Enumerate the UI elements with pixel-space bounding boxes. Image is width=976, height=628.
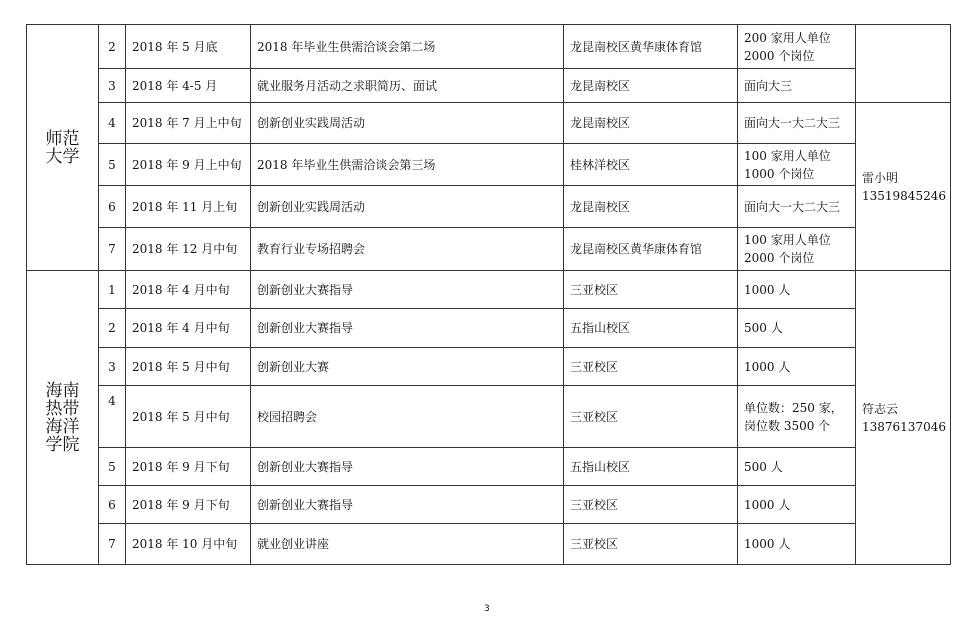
row-number: 2: [99, 309, 126, 348]
scale-cell: 500 人: [738, 448, 856, 486]
location-cell: 三亚校区: [564, 524, 738, 565]
row-number: 6: [99, 486, 126, 524]
table-row: 海南热带海洋学院 1 2018 年 4 月中旬 创新创业大赛指导 三亚校区 10…: [27, 271, 951, 309]
table-row: 3 2018 年 5 月中旬 创新创业大赛 三亚校区 1000 人: [27, 348, 951, 386]
table-row: 7 2018 年 10 月中旬 就业创业讲座 三亚校区 1000 人: [27, 524, 951, 565]
table-row: 5 2018 年 9 月上中旬 2018 年毕业生供需洽谈会第三场 桂林洋校区 …: [27, 144, 951, 186]
activity-cell: 校园招聘会: [251, 386, 564, 448]
time-cell: 2018 年 4 月中旬: [126, 309, 251, 348]
time-cell: 2018 年 9 月下旬: [126, 486, 251, 524]
table-row: 6 2018 年 9 月下旬 创新创业大赛指导 三亚校区 1000 人: [27, 486, 951, 524]
row-number: 2: [99, 25, 126, 69]
scale-cell: 面向大三: [738, 69, 856, 103]
location-cell: 三亚校区: [564, 386, 738, 448]
time-cell: 2018 年 5 月中旬: [126, 386, 251, 448]
scale-cell: 100 家用人单位 1000 个岗位: [738, 144, 856, 186]
time-cell: 2018 年 9 月下旬: [126, 448, 251, 486]
page-number: 3: [484, 604, 490, 614]
time-cell: 2018 年 10 月中旬: [126, 524, 251, 565]
table-row: 6 2018 年 11 月上旬 创新创业实践周活动 龙昆南校区 面向大一大二大三: [27, 186, 951, 228]
institution-name-line: 海南: [46, 381, 80, 401]
location-cell: 五指山校区: [564, 309, 738, 348]
row-number: 7: [99, 524, 126, 565]
activity-cell: 创新创业大赛指导: [251, 486, 564, 524]
activity-cell: 2018 年毕业生供需洽谈会第二场: [251, 25, 564, 69]
activity-cell: 创新创业大赛指导: [251, 271, 564, 309]
activity-cell: 创新创业实践周活动: [251, 186, 564, 228]
location-cell: 五指山校区: [564, 448, 738, 486]
time-cell: 2018 年 12 月中旬: [126, 228, 251, 271]
activity-cell: 就业创业讲座: [251, 524, 564, 565]
scale-cell: 单位数：250 家，岗位数 3500 个: [738, 386, 856, 448]
table-row: 7 2018 年 12 月中旬 教育行业专场招聘会 龙昆南校区黄华康体育馆 10…: [27, 228, 951, 271]
location-cell: 桂林洋校区: [564, 144, 738, 186]
row-number: 7: [99, 228, 126, 271]
activity-cell: 创新创业大赛指导: [251, 448, 564, 486]
table-row: 2 2018 年 4 月中旬 创新创业大赛指导 五指山校区 500 人: [27, 309, 951, 348]
table-row: 4 2018 年 5 月中旬 校园招聘会 三亚校区 单位数：250 家，岗位数 …: [27, 386, 951, 448]
table-row: 师范大学 2 2018 年 5 月底 2018 年毕业生供需洽谈会第二场 龙昆南…: [27, 25, 951, 69]
scale-cell: 1000 人: [738, 486, 856, 524]
scale-cell: 500 人: [738, 309, 856, 348]
contact-phone: 13519845246: [862, 189, 946, 203]
activity-schedule-table: 师范大学 2 2018 年 5 月底 2018 年毕业生供需洽谈会第二场 龙昆南…: [26, 24, 951, 565]
table-row: 5 2018 年 9 月下旬 创新创业大赛指导 五指山校区 500 人: [27, 448, 951, 486]
scale-cell: 面向大一大二大三: [738, 103, 856, 144]
activity-cell: 2018 年毕业生供需洽谈会第三场: [251, 144, 564, 186]
location-cell: 三亚校区: [564, 271, 738, 309]
row-number: 5: [99, 448, 126, 486]
location-cell: 龙昆南校区: [564, 69, 738, 103]
scale-cell: 1000 人: [738, 271, 856, 309]
institution-name-line: 学院: [46, 435, 80, 455]
time-cell: 2018 年 5 月底: [126, 25, 251, 69]
contact-name: 雷小明: [862, 171, 898, 185]
row-number: 6: [99, 186, 126, 228]
scale-cell: 100 家用人单位 2000 个岗位: [738, 228, 856, 271]
contact-name: 符志云: [862, 402, 898, 416]
time-cell: 2018 年 5 月中旬: [126, 348, 251, 386]
table-row: 4 2018 年 7 月上中旬 创新创业实践周活动 龙昆南校区 面向大一大二大三…: [27, 103, 951, 144]
activity-cell: 创新创业实践周活动: [251, 103, 564, 144]
contact-cell: [856, 25, 951, 103]
location-cell: 龙昆南校区黄华康体育馆: [564, 25, 738, 69]
activity-cell: 创新创业大赛: [251, 348, 564, 386]
location-cell: 龙昆南校区: [564, 103, 738, 144]
contact-cell: 符志云13876137046: [856, 271, 951, 565]
institution-name-line: 大学: [46, 147, 80, 167]
row-number: 5: [99, 144, 126, 186]
activity-cell: 就业服务月活动之求职简历、面试: [251, 69, 564, 103]
location-cell: 三亚校区: [564, 486, 738, 524]
time-cell: 2018 年 11 月上旬: [126, 186, 251, 228]
row-number: 3: [99, 348, 126, 386]
institution-cell: 师范大学: [27, 25, 99, 271]
institution-name-line: 海洋: [46, 417, 80, 437]
location-cell: 龙昆南校区: [564, 186, 738, 228]
location-cell: 三亚校区: [564, 348, 738, 386]
institution-cell: 海南热带海洋学院: [27, 271, 99, 565]
time-cell: 2018 年 4 月中旬: [126, 271, 251, 309]
row-number: 3: [99, 69, 126, 103]
scale-cell: 1000 人: [738, 524, 856, 565]
time-cell: 2018 年 9 月上中旬: [126, 144, 251, 186]
institution-name-line: 师范: [46, 129, 80, 149]
contact-cell: 雷小明13519845246: [856, 103, 951, 271]
activity-cell: 创新创业大赛指导: [251, 309, 564, 348]
row-number: 4: [99, 103, 126, 144]
row-number: 1: [99, 271, 126, 309]
scale-cell: 1000 人: [738, 348, 856, 386]
scale-cell: 面向大一大二大三: [738, 186, 856, 228]
scale-cell: 200 家用人单位 2000 个岗位: [738, 25, 856, 69]
contact-phone: 13876137046: [862, 420, 946, 434]
time-cell: 2018 年 7 月上中旬: [126, 103, 251, 144]
time-cell: 2018 年 4-5 月: [126, 69, 251, 103]
row-number: 4: [99, 386, 126, 448]
location-cell: 龙昆南校区黄华康体育馆: [564, 228, 738, 271]
institution-name-line: 热带: [46, 399, 80, 419]
activity-cell: 教育行业专场招聘会: [251, 228, 564, 271]
table-row: 3 2018 年 4-5 月 就业服务月活动之求职简历、面试 龙昆南校区 面向大…: [27, 69, 951, 103]
